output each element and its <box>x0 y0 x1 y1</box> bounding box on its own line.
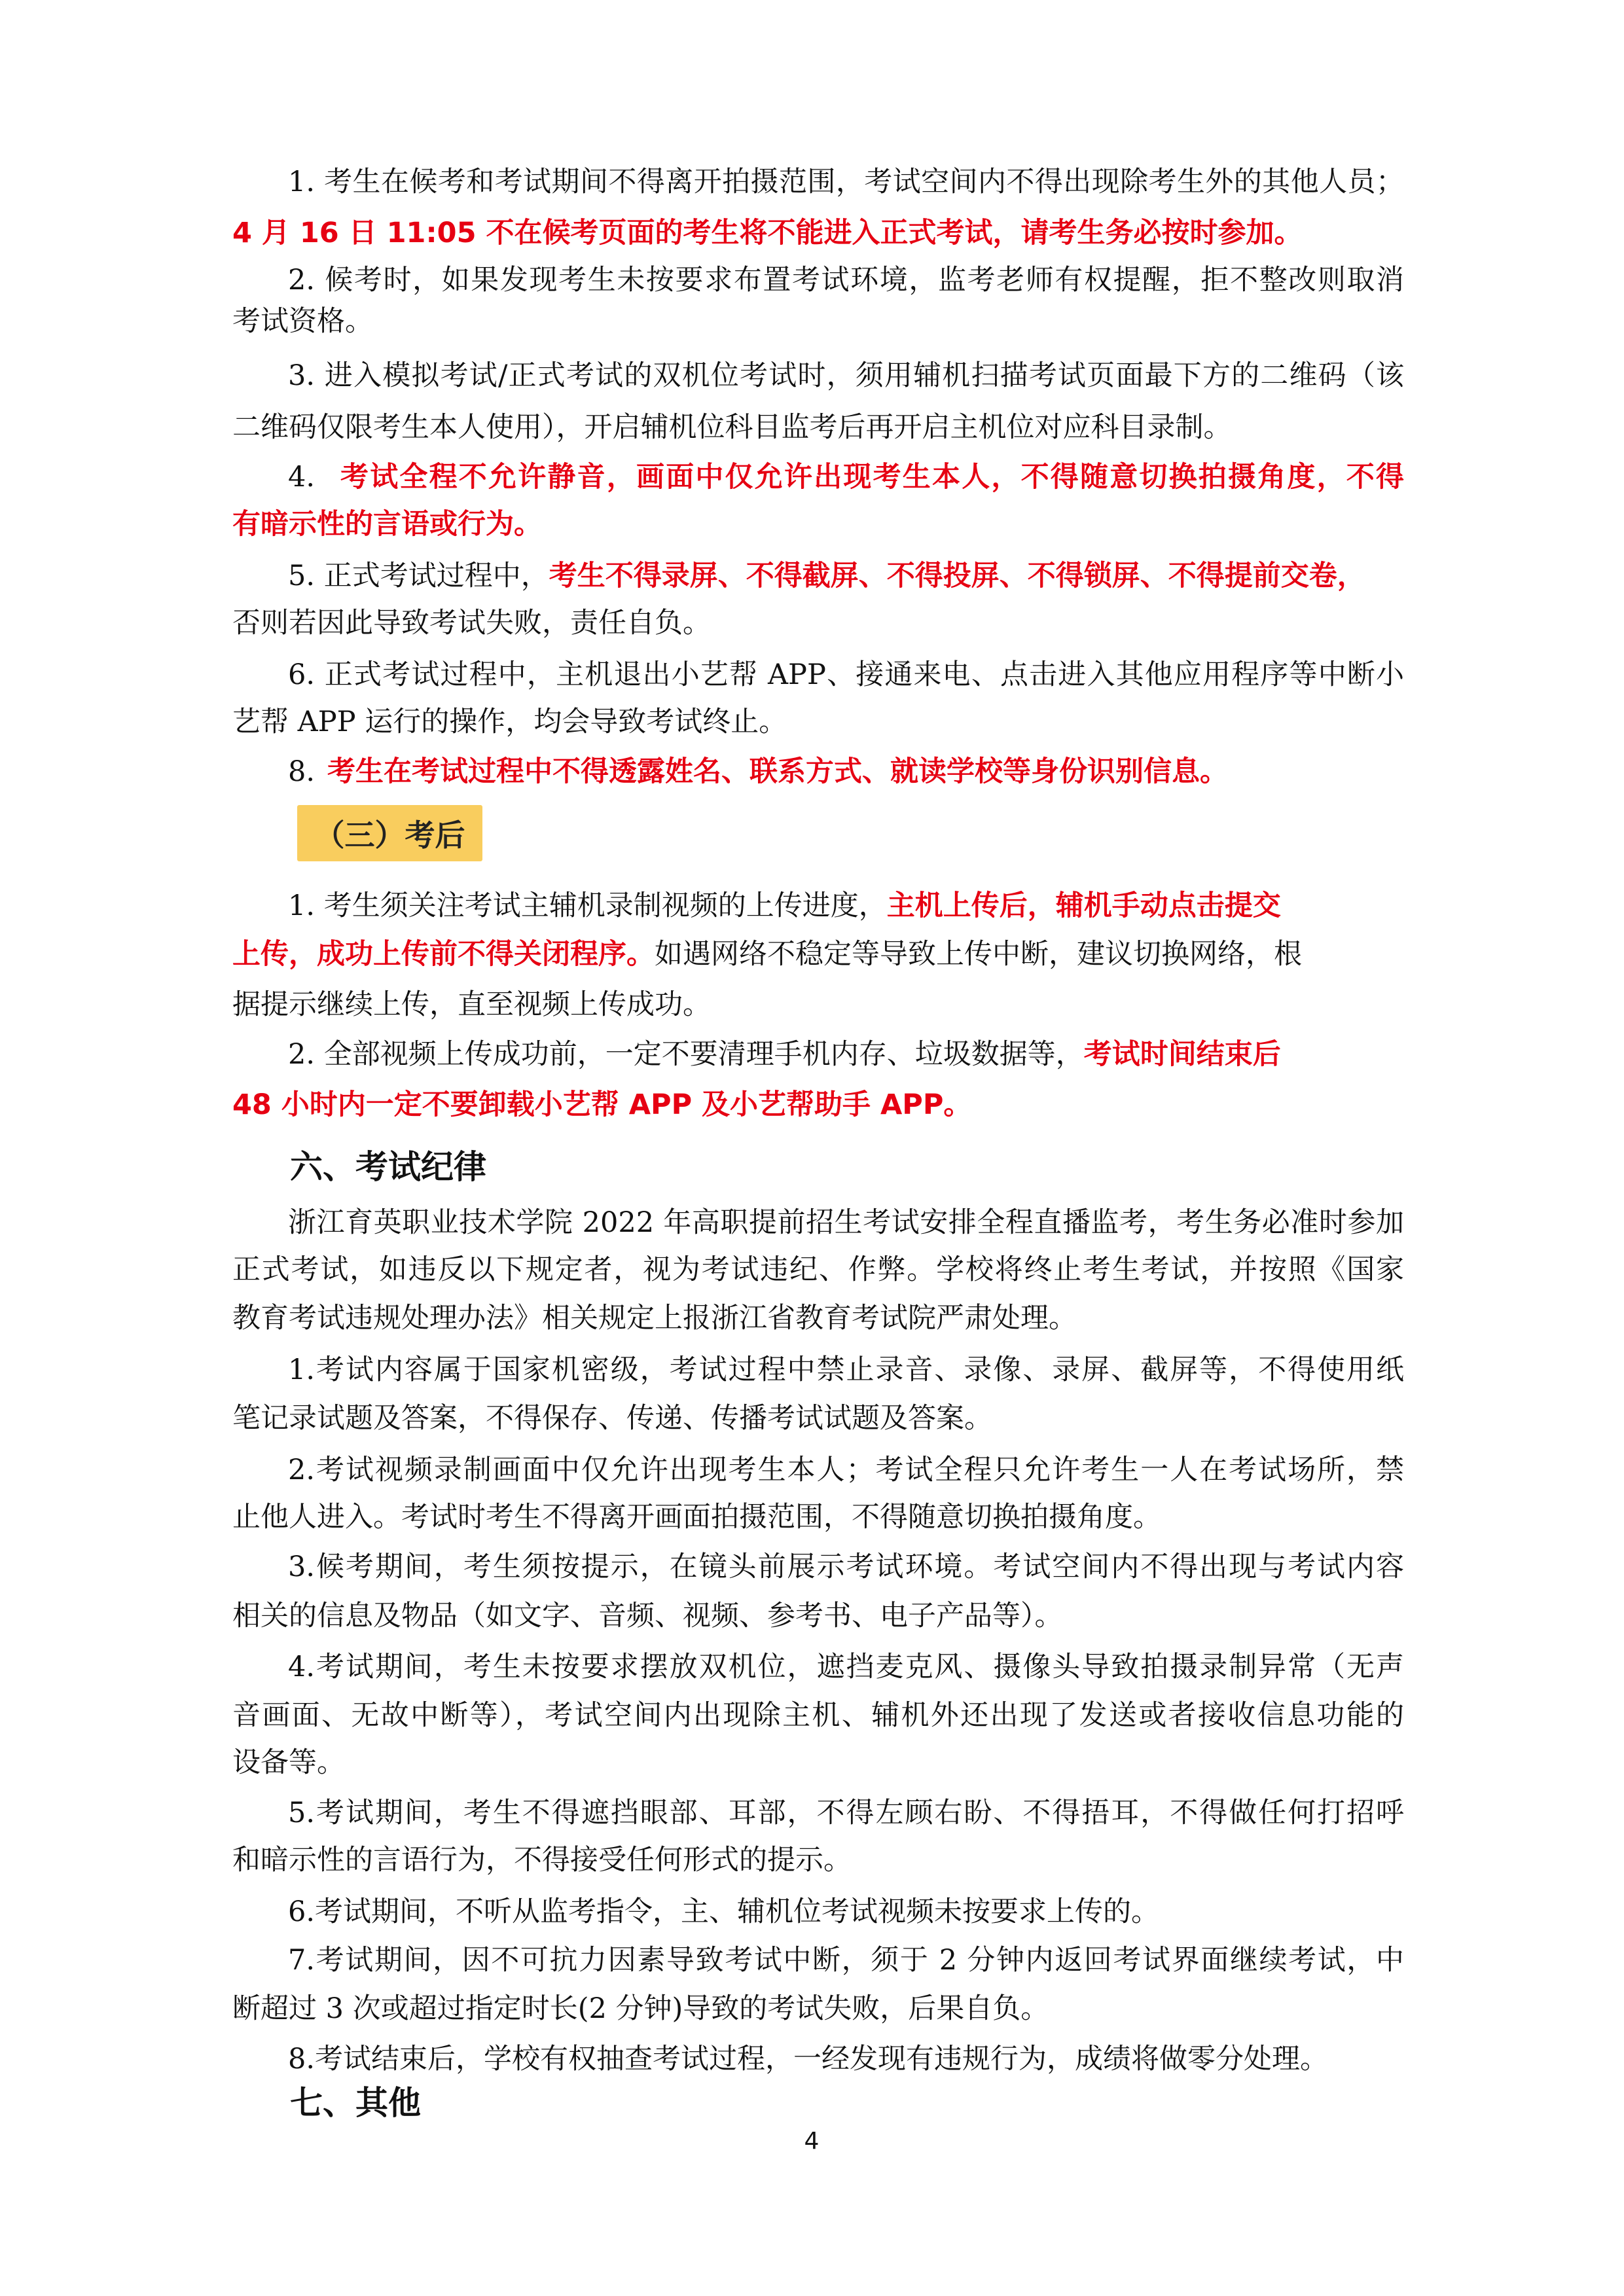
discipline-intro-line: 正式考试，如违反以下规定者，视为考试违纪、作弊。学校将终止考生考试，并按照《国家 <box>232 1251 1404 1288</box>
rule-2-line-1: 2. 候考时，如果发现考生未按要求布置考试环境，监考老师有权提醒，拒不整改则取消 <box>288 262 1404 298</box>
discipline-item-line: 音画面、无故中断等），考试空间内出现除主机、辅机外还出现了发送或者接收信息功能的 <box>232 1697 1404 1734</box>
rule-5-line-2: 否则若因此导致考试失败，责任自负。 <box>232 605 711 641</box>
rule-3-line-1: 3. 进入模拟考试/正式考试的双机位考试时，须用辅机扫描考试页面最下方的二维码（… <box>288 357 1404 394</box>
discipline-item-line: 止他人进入。考试时考生不得离开画面拍摄范围，不得随意切换拍摄角度。 <box>232 1499 1161 1535</box>
discipline-item-line: 6.考试期间，不听从监考指令，主、辅机位考试视频未按要求上传的。 <box>288 1893 1159 1930</box>
discipline-item-line: 5.考试期间，考生不得遮挡眼部、耳部，不得左顾右盼、不得捂耳，不得做任何打招呼 <box>288 1795 1404 1831</box>
discipline-intro-line: 教育考试违规处理办法》相关规定上报浙江省教育考试院严肃处理。 <box>232 1300 1077 1336</box>
after-exam-2-line-1: 2. 全部视频上传成功前，一定不要清理手机内存、垃圾数据等，考试时间结束后 <box>288 1036 1281 1073</box>
discipline-item-line: 笔记录试题及答案，不得保存、传递、传播考试试题及答案。 <box>232 1400 992 1437</box>
rule-6-line-2: 艺帮 APP 运行的操作，均会导致考试终止。 <box>232 704 787 740</box>
rule-2-line-2: 考试资格。 <box>232 303 373 340</box>
discipline-item-line: 7.考试期间，因不可抗力因素导致考试中断，须于 2 分钟内返回考试界面继续考试，… <box>288 1942 1404 1979</box>
discipline-intro-line: 浙江育英职业技术学院 2022 年高职提前招生考试安排全程直播监考，考生务必准时… <box>288 1204 1404 1241</box>
after-exam-1-line-2: 上传，成功上传前不得关闭程序。如遇网络不稳定等导致上传中断，建议切换网络，根 <box>232 936 1302 973</box>
rule-4-number: 4. <box>288 459 340 495</box>
rule-8-number: 8. <box>288 753 327 790</box>
after-exam-1-warning-cont: 上传，成功上传前不得关闭程序。 <box>232 938 655 971</box>
rule-5-warning: 考生不得录屏、不得截屏、不得投屏、不得锁屏、不得提前交卷， <box>549 560 1365 592</box>
discipline-item-line: 2.考试视频录制画面中仅允许出现考生本人；考试全程只允许考生一人在考试场所，禁 <box>288 1452 1404 1488</box>
after-exam-2-warning: 考试时间结束后 <box>1084 1038 1281 1071</box>
section-heading-other: 七、其他 <box>290 2083 421 2123</box>
discipline-item-line: 1.考试内容属于国家机密级，考试过程中禁止录音、录像、录屏、截屏等，不得使用纸 <box>288 1352 1404 1388</box>
rule-4-line-1: 4. 考试全程不允许静音，画面中仅允许出现考生本人，不得随意切换拍摄角度，不得 <box>288 459 1404 495</box>
page-number: 4 <box>802 2128 821 2155</box>
rule-1-line-1: 1. 考生在候考和考试期间不得离开拍摄范围，考试空间内不得出现除考生外的其他人员… <box>288 164 1404 200</box>
discipline-item-line: 设备等。 <box>232 1744 345 1781</box>
after-exam-1-rest: 如遇网络不稳定等导致上传中断，建议切换网络，根 <box>655 938 1302 971</box>
discipline-item-line: 8.考试结束后，学校有权抽查考试过程，一经发现有违规行为，成绩将做零分处理。 <box>288 2041 1328 2077</box>
rule-8-warning: 考生在考试过程中不得透露姓名、联系方式、就读学校等身份识别信息。 <box>327 755 1228 788</box>
discipline-item-line: 4.考试期间，考生未按要求摆放双机位，遮挡麦克风、摄像头导致拍摄录制异常（无声 <box>288 1649 1404 1685</box>
rule-5-line-1: 5. 正式考试过程中，考生不得录屏、不得截屏、不得投屏、不得锁屏、不得提前交卷， <box>288 558 1365 594</box>
rule-4-warning: 考试全程不允许静音，画面中仅允许出现考生本人，不得随意切换拍摄角度，不得 <box>340 459 1404 495</box>
discipline-item-line: 3.候考期间，考生须按提示，在镜头前展示考试环境。考试空间内不得出现与考试内容 <box>288 1549 1404 1585</box>
rule-5-prefix: 5. 正式考试过程中， <box>288 560 549 592</box>
after-exam-1-warning: 主机上传后，辅机手动点击提交 <box>887 889 1281 922</box>
rule-8-line-1: 8.考生在考试过程中不得透露姓名、联系方式、就读学校等身份识别信息。 <box>288 753 1228 790</box>
after-exam-heading-box: （三）考后 <box>297 805 482 861</box>
rule-4-warning-cont: 有暗示性的言语或行为。 <box>232 506 542 543</box>
after-exam-2-warning-cont: 48 小时内一定不要卸载小艺帮 APP 及小艺帮助手 APP。 <box>232 1086 971 1123</box>
section-heading-discipline: 六、考试纪律 <box>290 1147 486 1187</box>
after-exam-1-prefix: 1. 考生须关注考试主辅机录制视频的上传进度， <box>288 889 887 922</box>
discipline-item-line: 和暗示性的言语行为，不得接受任何形式的提示。 <box>232 1842 852 1878</box>
rule-3-line-2: 二维码仅限考生本人使用），开启辅机位科目监考后再开启主机位对应科目录制。 <box>232 409 1232 446</box>
after-exam-1-line-1: 1. 考生须关注考试主辅机录制视频的上传进度，主机上传后，辅机手动点击提交 <box>288 888 1281 924</box>
rule-1-deadline-warning: 4 月 16 日 11:05 不在候考页面的考生将不能进入正式考试，请考生务必按… <box>232 215 1302 251</box>
rule-6-line-1: 6. 正式考试过程中，主机退出小艺帮 APP、接通来电、点击进入其他应用程序等中… <box>288 656 1404 693</box>
after-exam-1-line-3: 据提示继续上传，直至视频上传成功。 <box>232 986 711 1023</box>
after-exam-2-prefix: 2. 全部视频上传成功前，一定不要清理手机内存、垃圾数据等， <box>288 1038 1084 1071</box>
discipline-item-line: 相关的信息及物品（如文字、音频、视频、参考书、电子产品等）。 <box>232 1598 1063 1634</box>
discipline-item-line: 断超过 3 次或超过指定时长(2 分钟)导致的考试失败，后果自负。 <box>232 1990 1049 2027</box>
after-exam-heading: （三）考后 <box>315 812 465 855</box>
